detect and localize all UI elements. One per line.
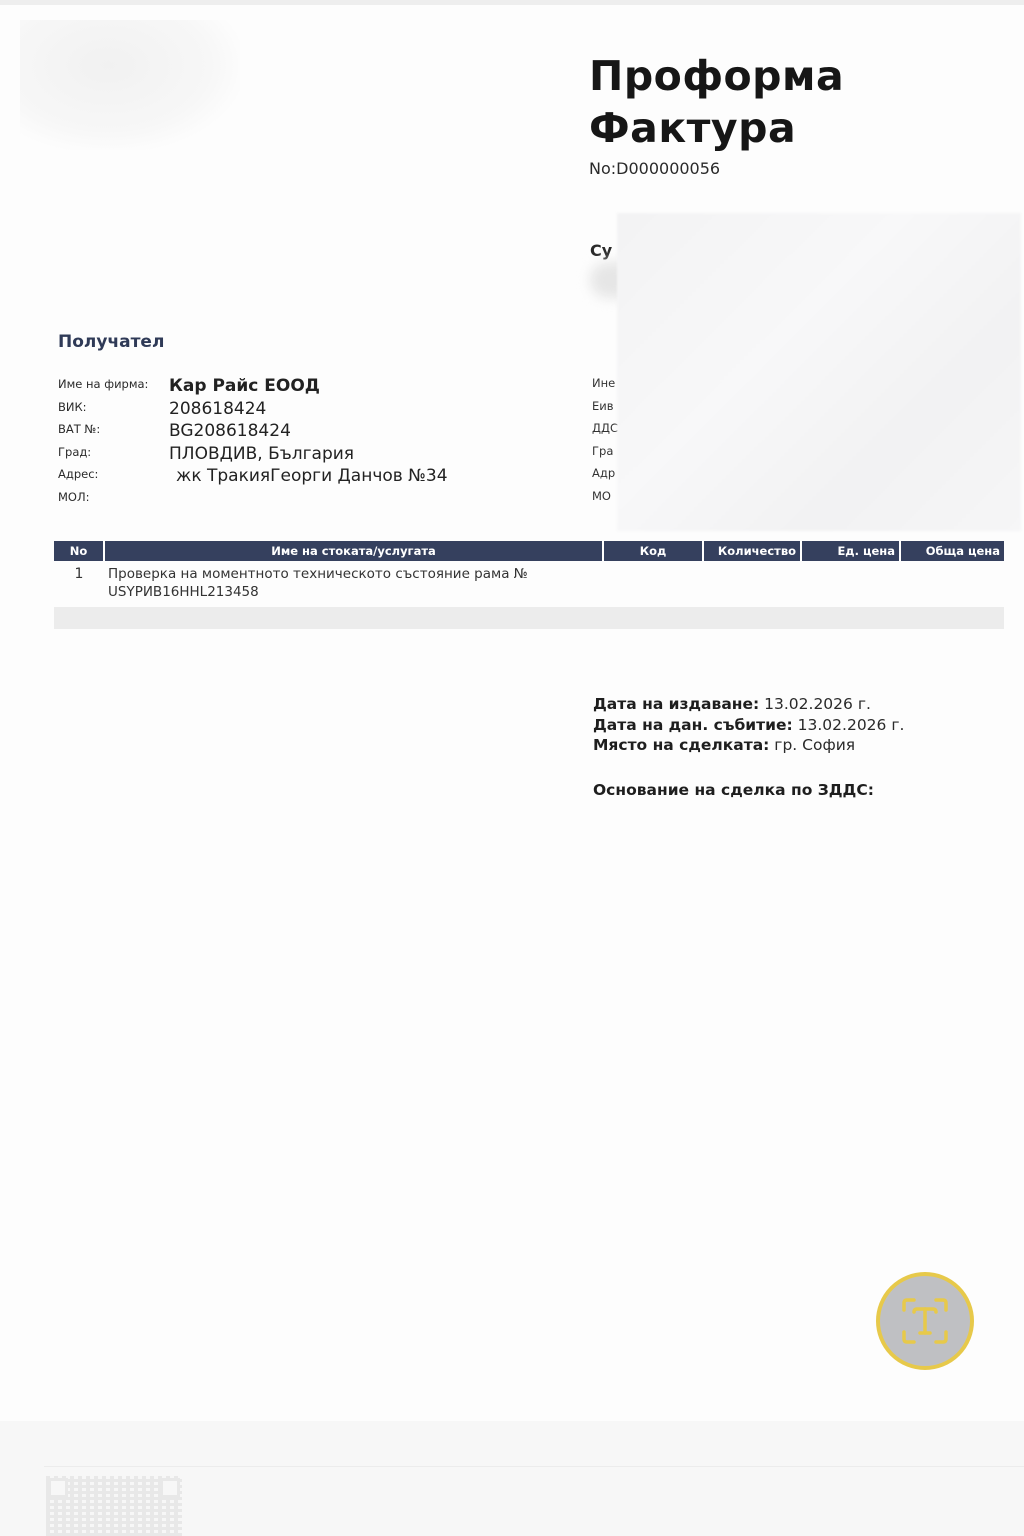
items-table: No Име на стоката/услугата Код Количеств… xyxy=(54,541,1004,629)
row-quantity xyxy=(703,561,801,607)
supplier-heading: Су xyxy=(590,241,612,260)
label-address: Адрес: xyxy=(58,467,148,490)
tax-event-date: Дата на дан. събитие: 13.02.2026 г. xyxy=(593,716,904,737)
row-unit-price xyxy=(801,561,900,607)
label-bulstat: ВИК: xyxy=(58,400,148,423)
company-logo-blurred xyxy=(20,20,240,150)
vat-basis-label: Основание на сделка по ЗДДС: xyxy=(593,781,874,799)
label-mol: МОЛ: xyxy=(58,490,148,513)
invoice-meta: Дата на издаване: 13.02.2026 г. Дата на … xyxy=(593,695,904,757)
table-header-row: No Име на стоката/услугата Код Количеств… xyxy=(54,541,1004,561)
row-code xyxy=(603,561,703,607)
value-bulstat: 208618424 xyxy=(169,399,448,422)
recipient-labels: Име на фирма: ВИК: ВАТ №: Град: Адрес: М… xyxy=(58,377,148,512)
label-company-name: Име на фирма: xyxy=(58,377,148,400)
issue-date: Дата на издаване: 13.02.2026 г. xyxy=(593,695,904,716)
row-no: 1 xyxy=(54,561,104,607)
scan-text-button[interactable] xyxy=(876,1272,974,1370)
table-row: 1 Проверка на моментното техническото съ… xyxy=(54,561,1004,607)
text-scan-icon xyxy=(892,1288,958,1354)
recipient-values: Кар Райс ЕООД 208618424 BG208618424 ПЛОВ… xyxy=(169,376,448,511)
value-vat-number: BG208618424 xyxy=(169,421,448,444)
supplier-redaction-overlay xyxy=(617,213,1021,531)
value-address: жк ТракияГеорги Данчов №34 xyxy=(169,466,448,489)
table-empty-row xyxy=(54,607,1004,629)
document-title: Проформа Фактура xyxy=(589,50,844,154)
col-code: Код xyxy=(603,541,703,561)
row-item-name: Проверка на моментното техническото съст… xyxy=(104,561,603,607)
place-of-transaction: Място на сделката: гр. София xyxy=(593,736,904,757)
value-mol xyxy=(169,489,448,512)
recipient-heading: Получател xyxy=(58,332,164,352)
value-company-name: Кар Райс ЕООД xyxy=(169,376,448,399)
top-edge xyxy=(0,0,1024,5)
qr-code xyxy=(46,1476,182,1536)
col-quantity: Количество xyxy=(703,541,801,561)
col-total-price: Обща цена xyxy=(900,541,1004,561)
label-vat-number: ВАТ №: xyxy=(58,422,148,445)
col-no: No xyxy=(54,541,104,561)
supplier-labels: Ине Еив ДДС Гра Адр МО xyxy=(592,376,618,511)
value-city: ПЛОВДИВ, България xyxy=(169,444,448,467)
col-unit-price: Ед. цена xyxy=(801,541,900,561)
invoice-number: No:D000000056 xyxy=(589,159,720,178)
col-item-name: Име на стоката/услугата xyxy=(104,541,603,561)
label-city: Град: xyxy=(58,445,148,468)
row-total xyxy=(900,561,1004,607)
footer-divider xyxy=(44,1466,1024,1467)
